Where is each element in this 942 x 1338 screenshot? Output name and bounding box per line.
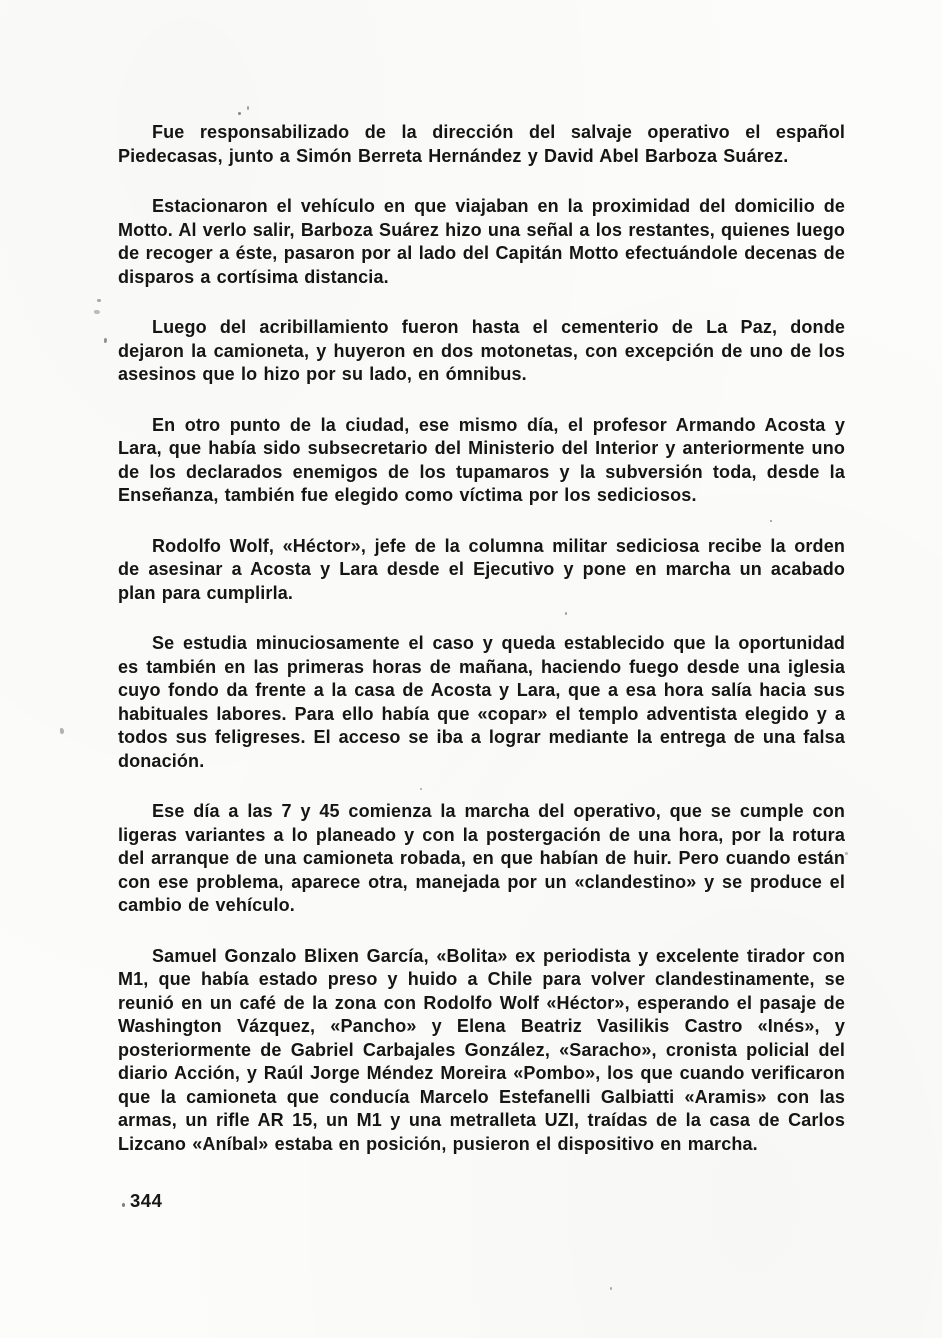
paragraph-5: Rodolfo Wolf, «Héctor», jefe de la colum… (118, 535, 845, 606)
paragraph-2: Estacionaron el vehículo en que viajaban… (118, 195, 845, 289)
scan-speck (94, 310, 100, 314)
paragraph-4: En otro punto de la ciudad, ese mismo dí… (118, 414, 845, 508)
page-text-block: Fue responsabilizado de la dirección del… (118, 121, 845, 1183)
scan-speck (420, 788, 422, 790)
paragraph-8: Samuel Gonzalo Blixen García, «Bolita» e… (118, 945, 845, 1157)
scan-speck (104, 338, 107, 343)
scan-speck (122, 1203, 125, 1207)
scan-speck (60, 728, 64, 734)
scan-speck (238, 112, 241, 115)
paragraph-1: Fue responsabilizado de la dirección del… (118, 121, 845, 168)
scan-speck (565, 612, 567, 615)
scan-speck (845, 852, 848, 855)
paragraph-6: Se estudia minuciosamente el caso y qued… (118, 632, 845, 773)
scan-speck (97, 299, 101, 302)
scan-speck (610, 1287, 612, 1290)
scan-speck (770, 520, 772, 522)
scanned-book-page: Fue responsabilizado de la dirección del… (0, 0, 942, 1338)
page-number: 344 (130, 1190, 162, 1212)
scan-speck (247, 106, 249, 110)
paragraph-3: Luego del acribillamiento fueron hasta e… (118, 316, 845, 387)
paragraph-7: Ese día a las 7 y 45 comienza la marcha … (118, 800, 845, 918)
